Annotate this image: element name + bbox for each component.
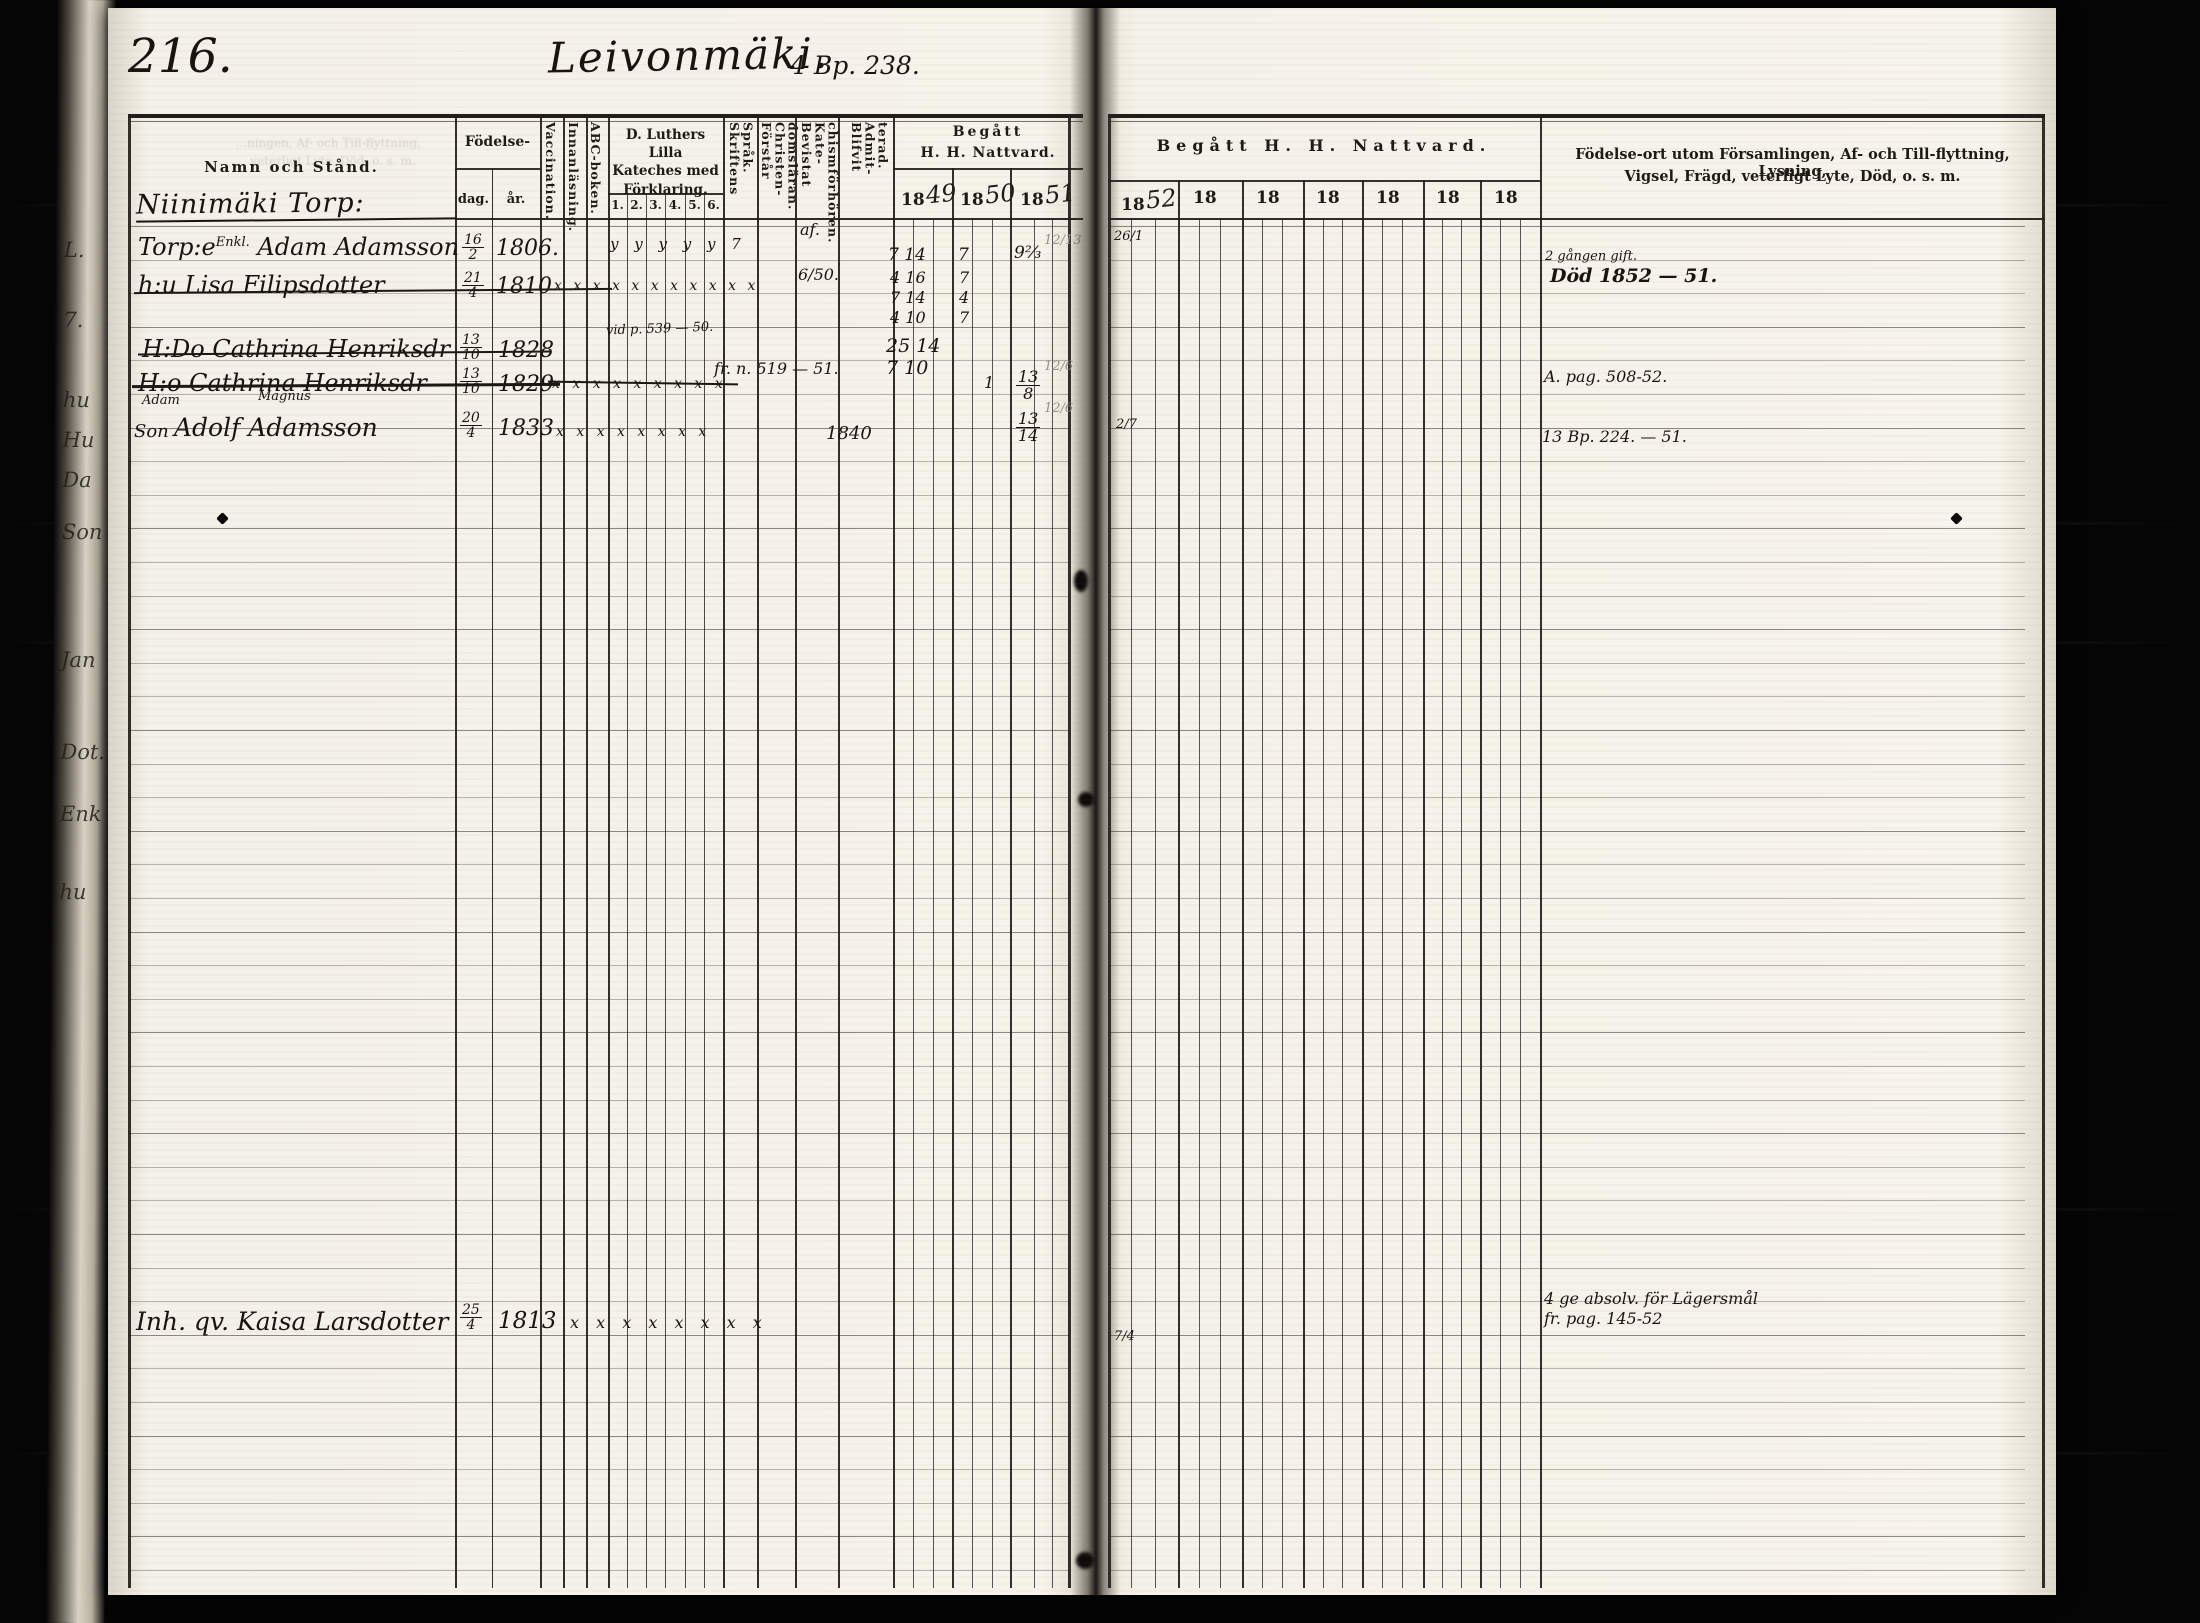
year-header-18d: 18	[1316, 188, 1340, 208]
rule-line	[128, 999, 1070, 1000]
rule-line	[128, 1200, 1070, 1201]
year-header-18e: 18	[1376, 188, 1400, 208]
year-prefix: 18	[1316, 188, 1340, 208]
row-adolf-prefix: Son	[134, 422, 169, 443]
communion-count: 8	[1023, 386, 1033, 402]
rule-line	[1108, 629, 2025, 630]
year-prefix: 18	[1436, 188, 1460, 208]
rule-line	[1108, 180, 1540, 182]
birth-day: 25	[460, 1303, 482, 1318]
birth-day: 16	[462, 233, 484, 248]
column-header-birth-year: år.	[492, 192, 540, 207]
rule-line	[128, 864, 1070, 865]
grid-vline	[1382, 220, 1383, 1588]
grid-vline	[992, 220, 993, 1588]
rule-line	[1108, 663, 2025, 664]
column-header-vaccination: Vaccination.	[544, 122, 557, 218]
grid-vline	[1442, 220, 1443, 1588]
row-lisa-birth-date: 214	[462, 268, 484, 300]
rule-line	[1108, 831, 2025, 832]
rule-line	[1108, 1469, 2025, 1470]
grid-vline	[1155, 220, 1156, 1588]
grid-vline	[913, 220, 914, 1588]
rule-line	[1108, 226, 2025, 227]
year-prefix: 18	[960, 190, 984, 210]
rule-line	[1108, 218, 2045, 220]
rule-line	[1108, 932, 2025, 933]
communion-count: 14	[1018, 428, 1038, 444]
rule-line	[1108, 1066, 2025, 1067]
page-title-note: 4 Bp. 238.	[790, 52, 920, 81]
rule-line	[128, 797, 1070, 798]
rule-line	[1108, 596, 2025, 597]
grid-vline	[1402, 220, 1403, 1588]
rule-line	[128, 1402, 1070, 1403]
rule-line	[128, 932, 1070, 933]
edge-fragment: Son	[62, 520, 103, 544]
grid-vline	[704, 193, 705, 1588]
rule-line	[1108, 1032, 2025, 1033]
rule-line	[128, 1436, 1070, 1437]
rule-line	[1108, 1234, 2025, 1235]
birth-day: 13	[460, 333, 482, 348]
grid-vline	[540, 114, 542, 1588]
row-adolf-superscript-2: Magnus	[258, 390, 311, 405]
ink-bleed-line: …ningen, Af- och Till-flyttning,	[188, 136, 468, 150]
edge-fragment: Jan	[61, 648, 96, 672]
rule-line	[1108, 1503, 2025, 1504]
name-prefix: Torp:e	[138, 233, 216, 261]
grid-vline	[1480, 180, 1482, 1588]
catechism-col-6: 6.	[704, 198, 723, 212]
rule-line	[1108, 797, 2025, 798]
rule-line	[1108, 898, 2025, 899]
row-adam-birth-date: 162	[462, 230, 484, 262]
section-title: Niinimäki Torp:	[136, 186, 456, 222]
rule-line	[1108, 1436, 2025, 1437]
row-lisa-name: h:u Lisa Filipsdotter	[138, 272, 385, 300]
rule-line	[1108, 1335, 2025, 1336]
grid-vline	[933, 220, 934, 1588]
row-adolf-birth-year: 1833	[498, 416, 554, 441]
page-title: Leivonmäki.	[548, 30, 830, 83]
column-header-catechism: D. Luthers Lilla Kateches med Förklaring…	[608, 126, 723, 199]
edge-fragment: Hu	[63, 428, 95, 452]
column-header-examination: Bevistat Kate-chismförhören.	[800, 122, 839, 218]
grid-vline	[128, 114, 131, 1588]
rule-line	[1108, 1268, 2025, 1269]
rule-line	[1108, 730, 2025, 731]
row-lisa-catechism-marks: x x x x x x x x x x x	[554, 278, 757, 294]
grid-vline	[795, 114, 797, 1588]
birth-month: 2	[468, 248, 477, 262]
rule-line	[128, 1100, 1070, 1101]
row-cathrina1-name: H:Do Cathrina Henriksdr	[142, 336, 450, 364]
edge-fragment: Dot.	[60, 740, 105, 764]
grid-vline	[1178, 180, 1180, 1588]
binding-blemish	[1078, 792, 1094, 807]
grid-vline	[627, 193, 628, 1588]
rule-line	[1108, 327, 2025, 328]
ink-bleed-line: veterligt Lyte, Död, o. s. m.	[218, 154, 448, 168]
column-header-admitted: Blifvit Admit-terad.	[850, 122, 889, 218]
rule-line	[1108, 528, 2025, 529]
catechism-col-2: 2.	[627, 198, 646, 212]
catechism-col-4: 4.	[665, 198, 685, 212]
row-adam-exam-note: af.	[800, 221, 820, 239]
rule-line	[1108, 1536, 2025, 1537]
grid-vline	[1010, 168, 1012, 1588]
edge-fragment: L.	[64, 238, 85, 262]
grid-vline	[1461, 220, 1462, 1588]
rule-line	[1108, 1368, 2025, 1369]
rule-line	[128, 965, 1070, 966]
rule-line	[128, 562, 1070, 563]
rule-line	[128, 1066, 1070, 1067]
grid-vline	[492, 168, 493, 1588]
grid-vline	[1262, 220, 1263, 1588]
person-name: Adam Adamsson	[257, 233, 459, 261]
rule-line	[893, 168, 1083, 170]
scanned-parish-register: L. 7. hu Hu Da Son Jan Dot. Enk hu 216. …	[0, 0, 2200, 1623]
communion-left-title-1: Begått	[893, 124, 1083, 140]
rule-line	[128, 226, 1070, 227]
year-prefix: 18	[901, 190, 925, 210]
book-spread: 216. Leivonmäki. 4 Bp. 238. Namn och Stå…	[108, 8, 2056, 1595]
communion-left-title-2: H. H. Nattvard.	[893, 145, 1083, 161]
row-adolf-admitted-year: 1840	[826, 424, 872, 445]
row-adolf-catechism-marks: x x x x x x x x	[556, 424, 708, 440]
rule-line	[1108, 1570, 2025, 1571]
rule-line	[128, 1301, 1070, 1302]
grid-vline	[1423, 180, 1425, 1588]
catechism-col-5: 5.	[685, 198, 704, 212]
grid-vline	[685, 193, 686, 1588]
year-prefix: 18	[1020, 190, 1044, 210]
rule-line	[128, 1167, 1070, 1168]
rule-line	[1108, 121, 2045, 122]
grid-vline	[1052, 220, 1053, 1588]
rule-line	[1108, 562, 2025, 563]
previous-page-edge: L. 7. hu Hu Da Son Jan Dot. Enk hu	[46, 0, 115, 1623]
grid-vline	[563, 114, 565, 1588]
grid-vline	[1362, 180, 1364, 1588]
rule-line	[128, 663, 1070, 664]
grid-vline	[1199, 220, 1200, 1588]
year-header-1850: 1850	[960, 183, 1014, 211]
row-kaisa-birth-year: 1813	[498, 1308, 557, 1334]
grid-vline	[2042, 114, 2045, 1588]
rule-line	[1108, 1402, 2025, 1403]
binder-dot	[216, 512, 229, 525]
year-prefix: 18	[1121, 195, 1145, 215]
grid-vline	[838, 114, 840, 1588]
rule-line	[1108, 360, 2025, 361]
rule-line	[128, 898, 1070, 899]
grid-vline	[757, 114, 759, 1588]
column-header-reading: Innanläsning.	[567, 122, 580, 218]
rule-line	[128, 121, 1083, 122]
row-adolf-note: 13 Bp. 224. — 51.	[1542, 428, 1687, 446]
row-kaisa-birth-date: 254	[460, 1300, 482, 1332]
row-cathrina2-pencil-mark: 12/6	[1044, 360, 1073, 375]
rule-line	[128, 1032, 1070, 1033]
birth-month: 4	[466, 1318, 475, 1332]
rule-line	[1108, 1100, 2025, 1101]
row-adam-communion-1851: 9⅔	[1014, 244, 1041, 264]
row-adolf-communion-1851: 1314	[1016, 410, 1040, 444]
row-lisa-exam-note: 6/50.	[798, 266, 839, 284]
year-prefix: 18	[1376, 188, 1400, 208]
grid-vline	[665, 193, 666, 1588]
rule-line	[128, 327, 1070, 328]
row-kaisa-name: Inh. qv. Kaisa Larsdotter	[136, 1308, 449, 1337]
rule-line	[1108, 1133, 2025, 1134]
rule-line	[128, 1570, 1070, 1571]
rule-line	[128, 1234, 1070, 1235]
grid-vline	[972, 220, 973, 1588]
rule-line	[128, 831, 1070, 832]
birth-day: 20	[460, 411, 482, 426]
year-prefix: 18	[1193, 188, 1217, 208]
person-name: Kaisa Larsdotter	[237, 1307, 448, 1336]
column-header-birth: Födelse-	[455, 134, 540, 150]
rule-line	[128, 764, 1070, 765]
year-header-1851: 1851	[1020, 183, 1074, 211]
row-cathrina2-note: A. pag. 508-52.	[1544, 368, 1667, 386]
grid-vline	[1520, 220, 1521, 1588]
year-prefix: 18	[1256, 188, 1280, 208]
row-lisa-birth-year: 1810	[496, 274, 552, 299]
row-cathrina1-birth-date: 1310	[460, 330, 482, 362]
rule-line	[1108, 293, 2025, 294]
grid-vline	[1323, 220, 1324, 1588]
row-cathrina1-communion-1849: 25 14 7 10	[886, 336, 940, 380]
rule-line	[1108, 114, 2045, 118]
edge-fragment: hu	[59, 880, 86, 904]
grid-vline	[1500, 220, 1501, 1588]
row-kaisa-catechism-marks: x x x x x x x x	[570, 1314, 764, 1332]
row-adolf-birth-date: 204	[460, 408, 482, 440]
row-adolf-superscript-1: Adam	[142, 394, 180, 409]
grid-vline	[1540, 114, 1542, 1588]
year-written: 52	[1144, 183, 1177, 214]
birth-month: 4	[466, 426, 475, 440]
rule-line	[128, 1268, 1070, 1269]
rule-line	[1108, 495, 2025, 496]
rule-line	[128, 528, 1070, 529]
grid-vline	[1303, 180, 1305, 1588]
grid-vline	[586, 114, 588, 1588]
rule-line	[128, 596, 1070, 597]
rule-line	[128, 114, 1083, 118]
rule-line	[1108, 1167, 2025, 1168]
row-adam-communion-1849: 7 14	[888, 246, 926, 266]
rule-line	[128, 1133, 1070, 1134]
year-header-18g: 18	[1494, 188, 1518, 208]
year-header-1852: 1852	[1121, 188, 1175, 216]
binding-blemish	[1074, 570, 1088, 592]
row-lisa-note-2: Död 1852 — 51.	[1550, 266, 1717, 288]
binder-dot	[1950, 512, 1963, 525]
grid-vline	[1220, 220, 1221, 1588]
row-adolf-name: Adolf Adamsson	[174, 414, 378, 443]
edge-fragment: 7.	[63, 308, 83, 332]
row-adam-catechism-marks: y y y y y 7	[610, 236, 743, 253]
rule-line	[1108, 764, 2025, 765]
catechism-col-1: 1.	[608, 198, 627, 212]
rule-line	[128, 1536, 1070, 1537]
rule-line	[128, 629, 1070, 630]
row-adam-name: Torp:eEnkl. Adam Adamsson	[138, 234, 459, 262]
rule-line	[1108, 394, 2025, 395]
grid-vline	[1342, 220, 1343, 1588]
grid-vline	[646, 193, 647, 1588]
rule-line	[1108, 461, 2025, 462]
row-cathrina2-birth-date: 1310	[460, 364, 482, 396]
rule-line	[128, 495, 1070, 496]
row-lisa-note-1: 2 gången gift.	[1545, 250, 1637, 265]
birth-day: 21	[462, 271, 484, 286]
row-cathrina2-communion-1850: 1	[984, 374, 994, 392]
column-header-birth-day: dag.	[455, 192, 492, 207]
grid-vline	[952, 168, 954, 1588]
rule-line	[1108, 864, 2025, 865]
edge-fragment: Da	[62, 468, 92, 492]
catechism-col-3: 3.	[646, 198, 665, 212]
communion-right-title: Begått H. H. Nattvard.	[1108, 136, 1540, 155]
birth-day: 13	[460, 367, 482, 382]
rule-line	[128, 461, 1070, 462]
name-superscript: Enkl.	[216, 235, 250, 250]
rule-line	[128, 730, 1070, 731]
column-header-scripture: Skriftens Språk.	[728, 122, 754, 218]
column-header-abc-book: ABC-boken.	[589, 122, 602, 218]
edge-fragment: Enk	[60, 802, 102, 826]
row-adolf-pencil-mark: 12/6	[1044, 402, 1073, 417]
edge-fragment: hu	[63, 388, 90, 412]
binding-blemish	[1076, 1552, 1094, 1569]
page-number: 216.	[128, 30, 233, 84]
rule-line	[128, 1469, 1070, 1470]
row-cathrina2-communion-1851: 138	[1016, 368, 1040, 402]
notes-header-line2: Vigsel, Frägd, veterligt Lyte, Död, o. s…	[1560, 168, 2025, 185]
row-lisa-communion-1849: 4 16 7 14 4 10	[890, 268, 926, 328]
rule-line	[455, 168, 540, 170]
column-header-understanding: Förstår Christen-domsläran.	[760, 122, 799, 218]
year-header-18c: 18	[1256, 188, 1280, 208]
rule-line	[455, 218, 1083, 220]
grid-vline	[1242, 180, 1244, 1588]
row-cathrina1-catechism-note: vid p. 539 — 50.	[606, 320, 746, 340]
row-lisa-communion-1850: 7 4 7	[959, 268, 969, 328]
rule-line	[1108, 999, 2025, 1000]
grid-vline	[1282, 220, 1283, 1588]
row-kaisa-note-1: 4 ge absolv. för Lägersmål	[1544, 1290, 1758, 1308]
grid-vline	[455, 114, 457, 1588]
rule-line	[128, 1503, 1070, 1504]
year-header-18b: 18	[1193, 188, 1217, 208]
row-adam-communion-1850: 7	[958, 246, 969, 266]
year-prefix: 18	[1494, 188, 1518, 208]
rule-line	[1108, 1200, 2025, 1201]
name-prefix: Inh. qv.	[136, 1307, 229, 1336]
year-header-18f: 18	[1436, 188, 1460, 208]
row-adam-birth-year: 1806.	[496, 236, 559, 261]
rule-line	[1108, 965, 2025, 966]
rule-line	[128, 1368, 1070, 1369]
row-kaisa-note-2: fr. pag. 145-52	[1544, 1310, 1662, 1328]
rule-line	[128, 696, 1070, 697]
rule-line	[1108, 696, 2025, 697]
year-header-1849: 1849	[901, 183, 955, 211]
row-cathrina2-row-note: fr. n. 519 — 51.	[714, 360, 874, 378]
